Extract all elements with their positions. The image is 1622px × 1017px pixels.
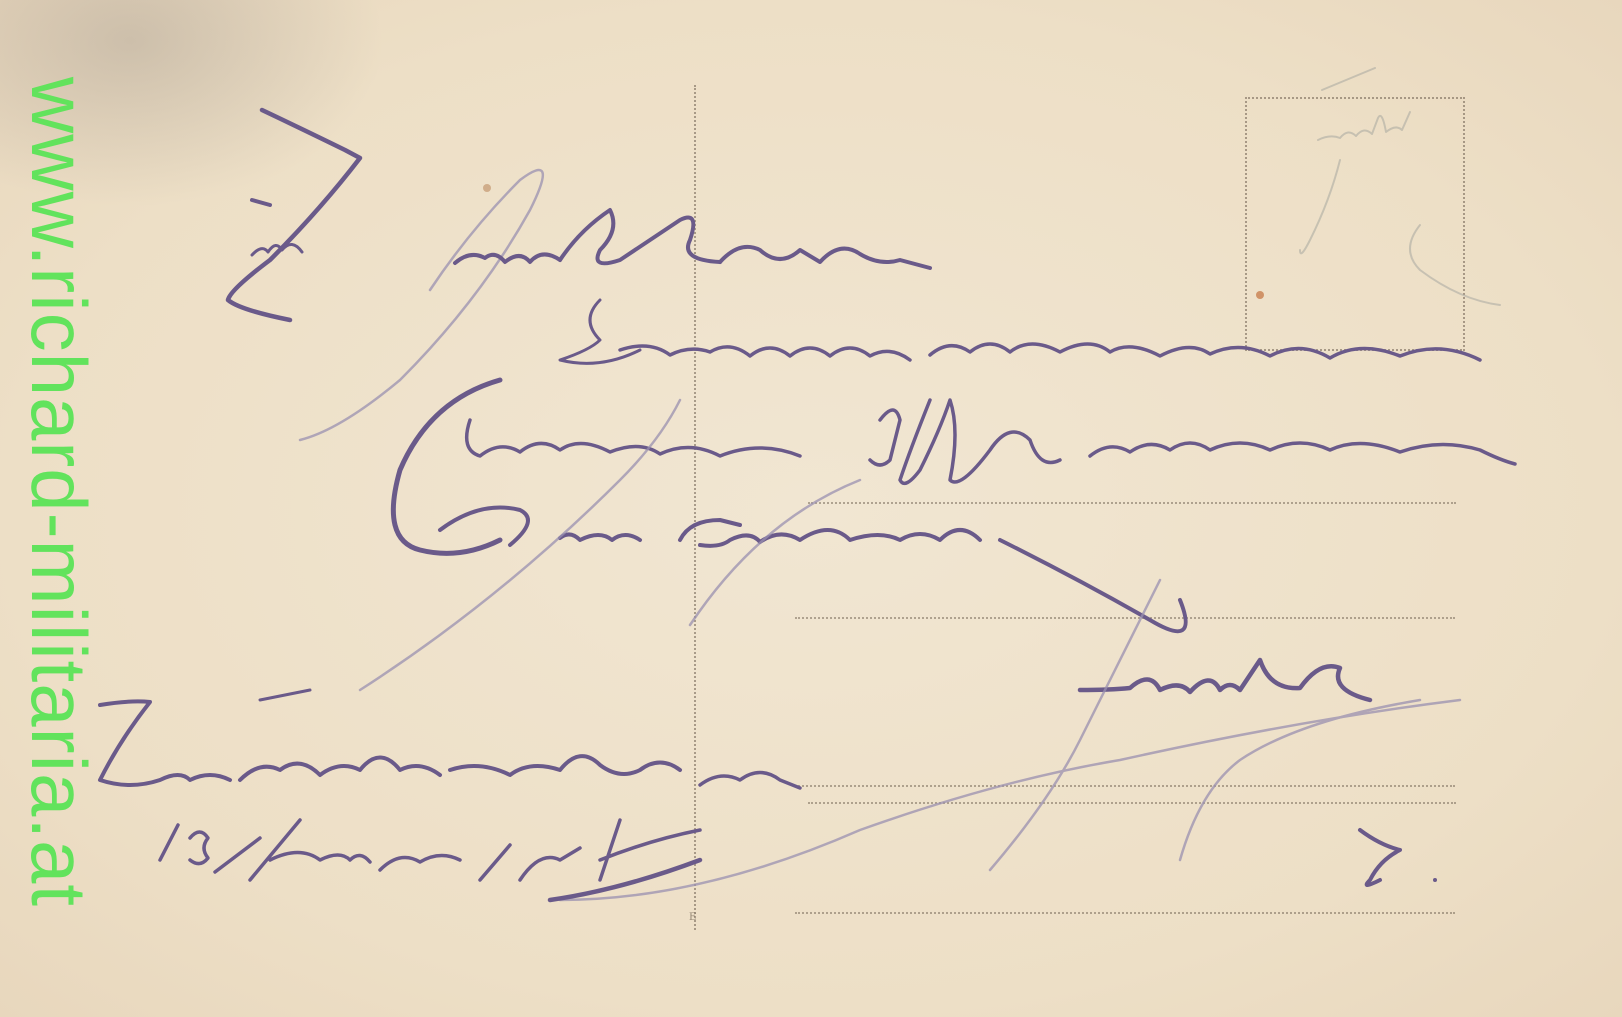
message-line-3 (467, 400, 1515, 483)
place-date-line-2 (160, 820, 700, 900)
handwriting (0, 0, 1622, 1017)
place-date-line-1 (100, 690, 800, 788)
message-line-5 (1080, 660, 1370, 700)
stain (1256, 291, 1264, 299)
stamp-box-note (1300, 68, 1500, 305)
watermark: www.richard-militaria.at (27, 22, 91, 962)
flourish-strokes (360, 400, 1460, 900)
watermark-text: www.richard-militaria.at (20, 77, 98, 907)
message-line-2 (560, 300, 1480, 363)
message-line-1 (228, 110, 930, 440)
message-line-4 (393, 380, 1185, 631)
stain (483, 184, 491, 192)
initial-signature (1360, 830, 1437, 885)
